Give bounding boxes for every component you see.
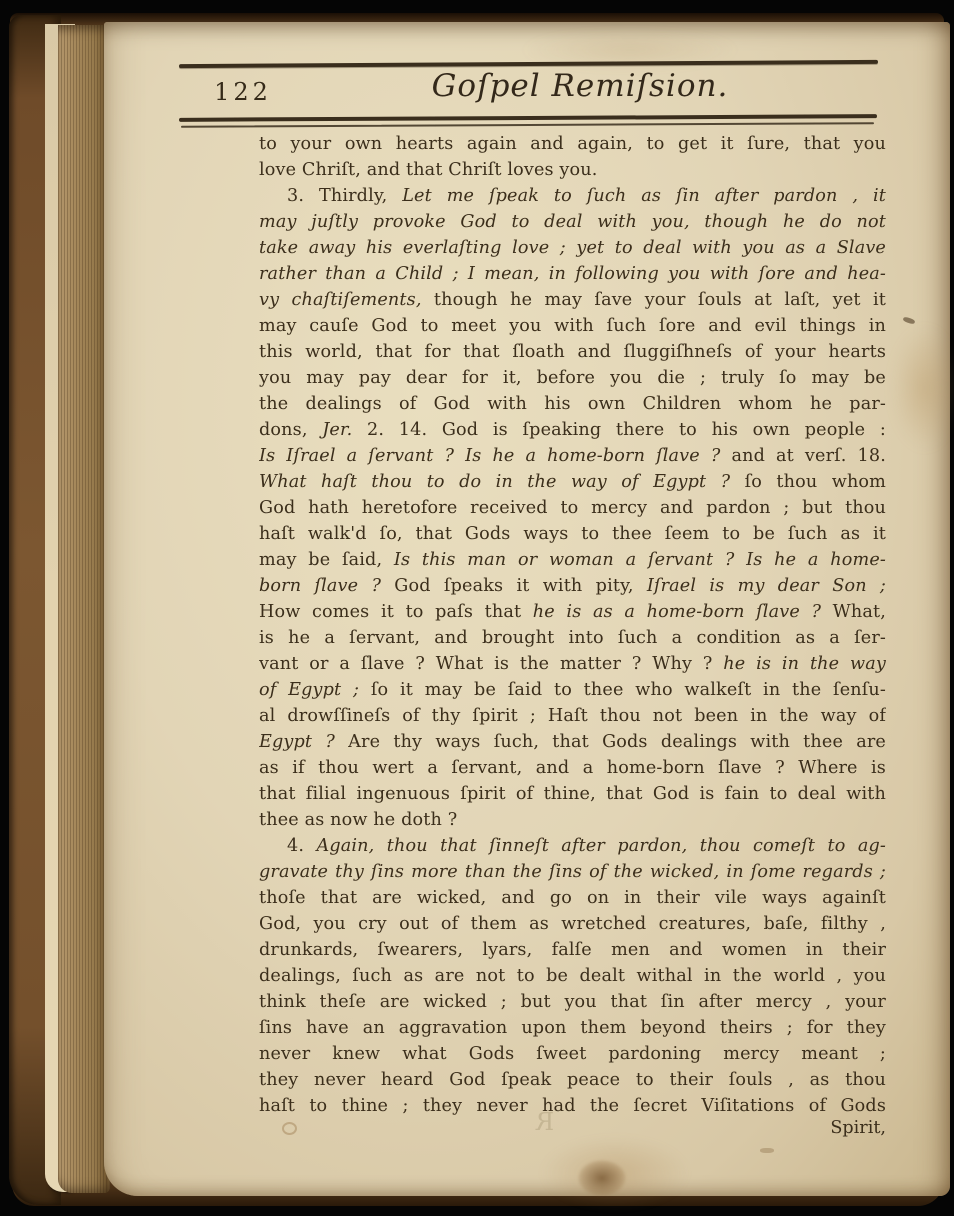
text-line: think theſe are wicked ; but you that ſi… — [259, 989, 886, 1015]
text-segment: the dealings of God with his own Childre… — [259, 394, 886, 414]
text-segment: you may pay dear for it, before you die … — [259, 368, 886, 388]
text-segment: God hath heretofore received to mercy an… — [259, 498, 886, 518]
text-line: rather than a Child ; I mean, in followi… — [259, 261, 886, 287]
text-segment: ſins have an aggravation upon them beyon… — [259, 1018, 886, 1038]
text-line: haſt to thine ; they never had the ſecre… — [259, 1093, 886, 1119]
text-segment: God ſpeaks it with pity, — [381, 576, 647, 596]
italic-text-segment: Jer. — [322, 420, 352, 440]
text-line: you may pay dear for it, before you die … — [259, 365, 886, 391]
catchword: Spirit, — [259, 1118, 886, 1138]
running-title: Goſpel Remiſsion. — [380, 68, 780, 104]
italic-text-segment: Again, thou that ſinneſt after pardon, t… — [316, 836, 886, 856]
text-segment: How comes it to paſs that — [259, 602, 533, 622]
text-line: God hath heretofore received to mercy an… — [259, 495, 886, 521]
text-segment: Are thy ways ſuch, that Gods dealings wi… — [348, 732, 886, 752]
text-segment: they never heard God ſpeak peace to thei… — [259, 1070, 886, 1090]
text-segment: God, you cry out of them as wretched cre… — [259, 914, 886, 934]
text-segment: haſt to thine ; they never had the ſecre… — [259, 1096, 886, 1116]
text-segment: as if thou wert a ſervant, and a home-bo… — [259, 758, 886, 778]
text-segment: thoſe that are wicked, and go on in thei… — [259, 888, 886, 908]
text-segment: think theſe are wicked ; but you that ſi… — [259, 992, 886, 1012]
text-segment: 2. 14. God is ſpeaking there to his own … — [352, 420, 886, 440]
text-line: thee as now he doth ? — [259, 807, 886, 833]
italic-text-segment: Is this man or woman a ſervant ? Is he a… — [394, 550, 886, 570]
text-segment: never knew what Gods ſweet pardoning mer… — [259, 1044, 886, 1064]
text-segment: 3. Thirdly, — [287, 186, 402, 206]
italic-text-segment: Iſrael is my dear Son ; — [647, 576, 886, 596]
text-line: love Chriſt, and that Chriſt loves you. — [259, 157, 886, 183]
text-line: vy chaſtiſements, though he may ſave you… — [259, 287, 886, 313]
italic-text-segment: vy chaſtiſements, — [259, 290, 422, 310]
text-line: of Egypt ; ſo it may be ſaid to thee who… — [259, 677, 886, 703]
italic-text-segment: he is in the way — [723, 654, 886, 674]
text-segment: may be ſaid, — [259, 550, 394, 570]
italic-text-segment: Let me ſpeak to ſuch as ſin after pardon… — [402, 186, 886, 206]
text-segment: is he a ſervant, and brought into ſuch a… — [259, 628, 886, 648]
text-segment: dons, — [259, 420, 322, 440]
text-line: never knew what Gods ſweet pardoning mer… — [259, 1041, 886, 1067]
text-line: as if thou wert a ſervant, and a home-bo… — [259, 755, 886, 781]
text-segment: dealings, ſuch as are not to be dealt wi… — [259, 966, 886, 986]
text-line: this world, that for that ſloath and ſlu… — [259, 339, 886, 365]
italic-text-segment: take away his everlaſting love ; yet to … — [259, 238, 886, 258]
text-line: dealings, ſuch as are not to be dealt wi… — [259, 963, 886, 989]
text-segment: ſo it may be ſaid to thee who walkeſt in… — [371, 680, 886, 700]
text-line: Egypt ? Are thy ways ſuch, that Gods dea… — [259, 729, 886, 755]
italic-text-segment: he is as a home-born ſlave ? — [533, 602, 821, 622]
text-segment: love Chriſt, and that Chriſt loves you. — [259, 160, 598, 180]
text-line: drunkards, ſwearers, lyars, falſe men an… — [259, 937, 886, 963]
text-segment: and at verſ. 18. — [720, 446, 886, 466]
text-segment: though he may ſave your ſouls at laſt, y… — [422, 290, 886, 310]
page-number: 122 — [208, 78, 278, 106]
text-line: Is Iſrael a ſervant ? Is he a home-born … — [259, 443, 886, 469]
text-segment: 4. — [287, 836, 316, 856]
text-segment: that filial ingenuous ſpirit of thine, t… — [259, 784, 886, 804]
scanned-book-photo: R 122 Goſpel Remiſsion. to your own hear… — [0, 0, 954, 1216]
text-line: is he a ſervant, and brought into ſuch a… — [259, 625, 886, 651]
text-segment: What, — [821, 602, 886, 622]
page-edges-band — [58, 25, 110, 1193]
text-line: God, you cry out of them as wretched cre… — [259, 911, 886, 937]
text-line: to your own hearts again and again, to g… — [259, 131, 886, 157]
text-line: dons, Jer. 2. 14. God is ſpeaking there … — [259, 417, 886, 443]
text-line: How comes it to paſs that he is as a hom… — [259, 599, 886, 625]
text-segment: thee as now he doth ? — [259, 810, 457, 830]
text-line: vant or a ſlave ? What is the matter ? W… — [259, 651, 886, 677]
italic-text-segment: may juſtly provoke God to deal with you,… — [259, 212, 886, 232]
text-line: may be ſaid, Is this man or woman a ſerv… — [259, 547, 886, 573]
text-line: What haſt thou to do in the way of Egypt… — [259, 469, 886, 495]
text-segment: ſo thou whom — [730, 472, 886, 492]
text-segment: vant or a ſlave ? What is the matter ? W… — [259, 654, 723, 674]
italic-text-segment: Is Iſrael a ſervant ? Is he a home-born … — [259, 446, 720, 466]
text-line: al drowſſineſs of thy ſpirit ; Haſt thou… — [259, 703, 886, 729]
italic-text-segment: born ſlave ? — [259, 576, 381, 596]
text-line: take away his everlaſting love ; yet to … — [259, 235, 886, 261]
italic-text-segment: rather than a Child ; I mean, in followi… — [259, 264, 886, 284]
text-line: gravate thy ſins more than the ſins of t… — [259, 859, 886, 885]
italic-text-segment: What haſt thou to do in the way of Egypt… — [259, 472, 730, 492]
text-line: may juſtly provoke God to deal with you,… — [259, 209, 886, 235]
italic-text-segment: Egypt ? — [259, 732, 348, 752]
text-line: haſt walk'd ſo, that Gods ways to thee ſ… — [259, 521, 886, 547]
text-segment: this world, that for that ſloath and ſlu… — [259, 342, 886, 362]
text-column: to your own hearts again and again, to g… — [259, 131, 886, 1119]
text-segment: drunkards, ſwearers, lyars, falſe men an… — [259, 940, 886, 960]
text-line: ſins have an aggravation upon them beyon… — [259, 1015, 886, 1041]
text-segment: haſt walk'd ſo, that Gods ways to thee ſ… — [259, 524, 886, 544]
text-segment: al drowſſineſs of thy ſpirit ; Haſt thou… — [259, 706, 886, 726]
text-segment: may cauſe God to meet you with ſuch ſore… — [259, 316, 886, 336]
text-segment: to your own hearts again and again, to g… — [259, 134, 886, 154]
text-line: thoſe that are wicked, and go on in thei… — [259, 885, 886, 911]
text-line: 4. Again, thou that ſinneſt after pardon… — [259, 833, 886, 859]
text-line: the dealings of God with his own Childre… — [259, 391, 886, 417]
text-line: that filial ingenuous ſpirit of thine, t… — [259, 781, 886, 807]
italic-text-segment: gravate thy ſins more than the ſins of t… — [259, 862, 886, 882]
text-line: 3. Thirdly, Let me ſpeak to ſuch as ſin … — [259, 183, 886, 209]
italic-text-segment: of Egypt ; — [259, 680, 371, 700]
text-line: they never heard God ſpeak peace to thei… — [259, 1067, 886, 1093]
text-line: born ſlave ? God ſpeaks it with pity, Iſ… — [259, 573, 886, 599]
text-line: may cauſe God to meet you with ſuch ſore… — [259, 313, 886, 339]
